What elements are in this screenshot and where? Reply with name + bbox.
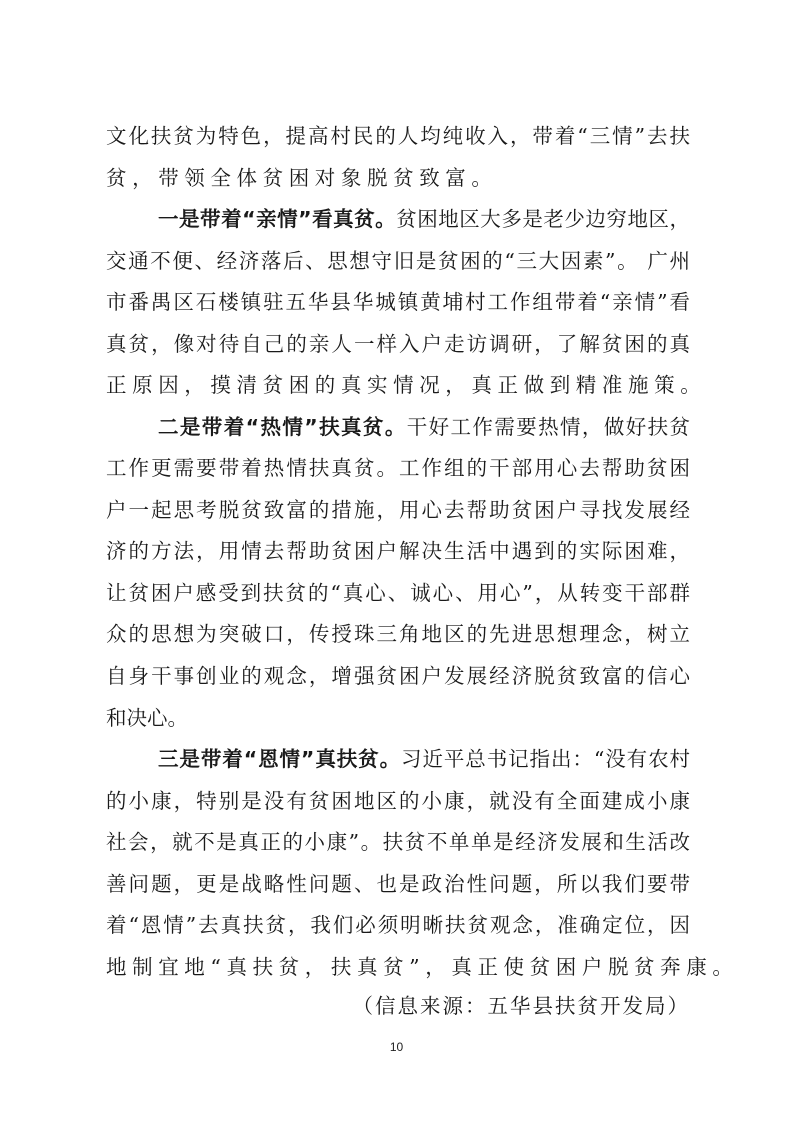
section-1-first-line-rest: 贫困地区大多是老少边穷地区， bbox=[396, 207, 690, 231]
intro-line-2: 贫，带领全体贫困对象脱贫致富。 bbox=[106, 165, 690, 191]
section-2-lead: 二是带着“热情”扶真贫。 bbox=[158, 415, 407, 439]
section-1-line-4: 真贫，像对待自己的亲人一样入户走访调研，了解贫困的真 bbox=[106, 331, 690, 357]
section-1-lead: 一是带着“亲情”看真贫。 bbox=[158, 207, 396, 231]
section-2-line-2: 工作更需要带着热情扶真贫。工作组的干部用心去帮助贫困 bbox=[106, 455, 690, 481]
section-2-line-7: 自身干事创业的观念，增强贫困户发展经济脱贫致富的信心 bbox=[106, 663, 690, 689]
section-3-line-6: 地制宜地“真扶贫，扶真贫”，真正使贫困户脱贫奔康。 bbox=[106, 954, 690, 980]
section-3-line-5: 着“恩情”去真扶贫，我们必须明晰扶贫观念，准确定位，因 bbox=[106, 912, 690, 938]
section-1-first-line: 一是带着“亲情”看真贫。贫困地区大多是老少边穷地区， bbox=[158, 206, 690, 232]
section-3-first-line-rest: 习近平总书记指出：“没有农村 bbox=[401, 747, 690, 771]
page-number: 10 bbox=[0, 1040, 793, 1054]
section-2-line-8: 和决心。 bbox=[106, 705, 690, 731]
section-2-line-4: 济的方法，用情去帮助贫困户解决生活中遇到的实际困难， bbox=[106, 538, 690, 564]
document-page: 文化扶贫为特色，提高村民的人均纯收入，带着“三情”去扶 贫，带领全体贫困对象脱贫… bbox=[0, 0, 793, 1122]
section-1-line-2: 交通不便、经济落后、思想守旧是贫困的“三大因素”。 广州 bbox=[106, 248, 690, 274]
section-2-first-line-rest: 干好工作需要热情，做好扶贫 bbox=[407, 415, 690, 439]
section-3-line-4: 善问题，更是战略性问题、也是政治性问题，所以我们要带 bbox=[106, 871, 690, 897]
source-attribution: （信息来源：五华县扶贫开发局） bbox=[353, 993, 691, 1019]
intro-line-1: 文化扶贫为特色，提高村民的人均纯收入，带着“三情”去扶 bbox=[106, 123, 690, 149]
section-2-line-3: 户一起思考脱贫致富的措施，用心去帮助贫困户寻找发展经 bbox=[106, 497, 690, 523]
section-1-line-5: 正原因，摸清贫困的真实情况，真正做到精准施策。 bbox=[106, 372, 690, 398]
section-3-first-line: 三是带着“恩情”真扶贫。习近平总书记指出：“没有农村 bbox=[158, 746, 690, 772]
section-2-first-line: 二是带着“热情”扶真贫。干好工作需要热情，做好扶贫 bbox=[158, 414, 690, 440]
section-2-line-6: 众的思想为突破口，传授珠三角地区的先进思想理念，树立 bbox=[106, 621, 690, 647]
section-2-line-5: 让贫困户感受到扶贫的“真心、诚心、用心”，从转变干部群 bbox=[106, 580, 690, 606]
section-3-line-3: 社会，就不是真正的小康”。扶贫不单单是经济发展和生活改 bbox=[106, 829, 690, 855]
section-3-lead: 三是带着“恩情”真扶贫。 bbox=[158, 747, 401, 771]
section-3-line-2: 的小康，特别是没有贫困地区的小康，就没有全面建成小康 bbox=[106, 788, 690, 814]
section-1-line-3: 市番禺区石楼镇驻五华县华城镇黄埔村工作组带着“亲情”看 bbox=[106, 289, 690, 315]
